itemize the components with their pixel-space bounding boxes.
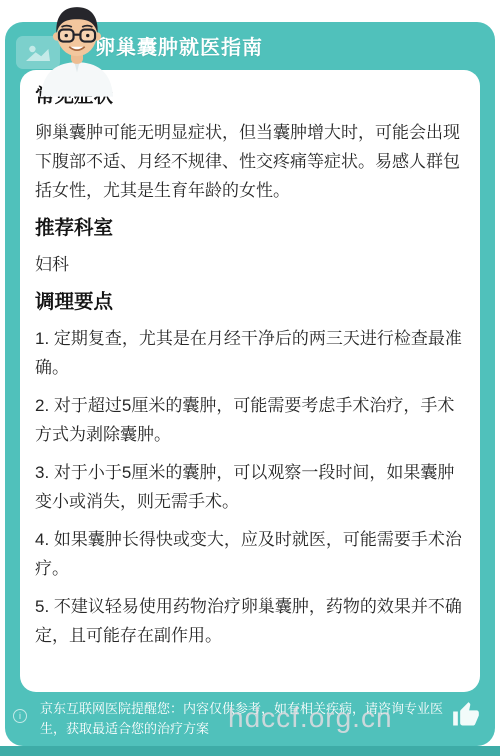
section-heading: 推荐科室 xyxy=(35,215,465,241)
care-point-item: 2. 对于超过5厘米的囊肿，可能需要考虑手术治疗，手术方式为剥除囊肿。 xyxy=(35,391,465,449)
section-care-points: 调理要点 1. 定期复查，尤其是在月经干净后的两三天进行检查最准确。 2. 对于… xyxy=(35,289,465,650)
page-title: 卵巢囊肿就医指南 xyxy=(95,31,263,60)
care-point-item: 1. 定期复查，尤其是在月经干净后的两三天进行检查最准确。 xyxy=(35,324,465,382)
content-card: 常见症状 卵巢囊肿可能无明显症状，但当囊肿增大时，可能会出现下腹部不适、月经不规… xyxy=(20,70,480,692)
doctor-avatar xyxy=(34,2,120,96)
section-paragraph: 卵巢囊肿可能无明显症状，但当囊肿增大时，可能会出现下腹部不适、月经不规律、性交疼… xyxy=(35,118,465,205)
section-symptoms: 常见症状 卵巢囊肿可能无明显症状，但当囊肿增大时，可能会出现下腹部不适、月经不规… xyxy=(35,83,465,205)
section-paragraph: 妇科 xyxy=(35,250,465,279)
section-heading: 调理要点 xyxy=(35,289,465,315)
info-icon: i xyxy=(13,709,27,723)
care-point-item: 4. 如果囊肿长得快或变大，应及时就医，可能需要手术治疗。 xyxy=(35,525,465,583)
care-point-item: 5. 不建议轻易使用药物治疗卵巢囊肿，药物的效果并不确定，且可能存在副作用。 xyxy=(35,592,465,650)
thumbs-up-icon[interactable] xyxy=(452,701,482,731)
section-department: 推荐科室 妇科 xyxy=(35,215,465,279)
disclaimer-text: 京东互联网医院提醒您：内容仅供参考，如有相关疾病，请咨询专业医生，获取最适合您的… xyxy=(40,699,454,739)
care-point-item: 3. 对于小于5厘米的囊肿，可以观察一段时间，如果囊肿变小或消失，则无需手术。 xyxy=(35,458,465,516)
next-panel-edge xyxy=(0,746,500,756)
